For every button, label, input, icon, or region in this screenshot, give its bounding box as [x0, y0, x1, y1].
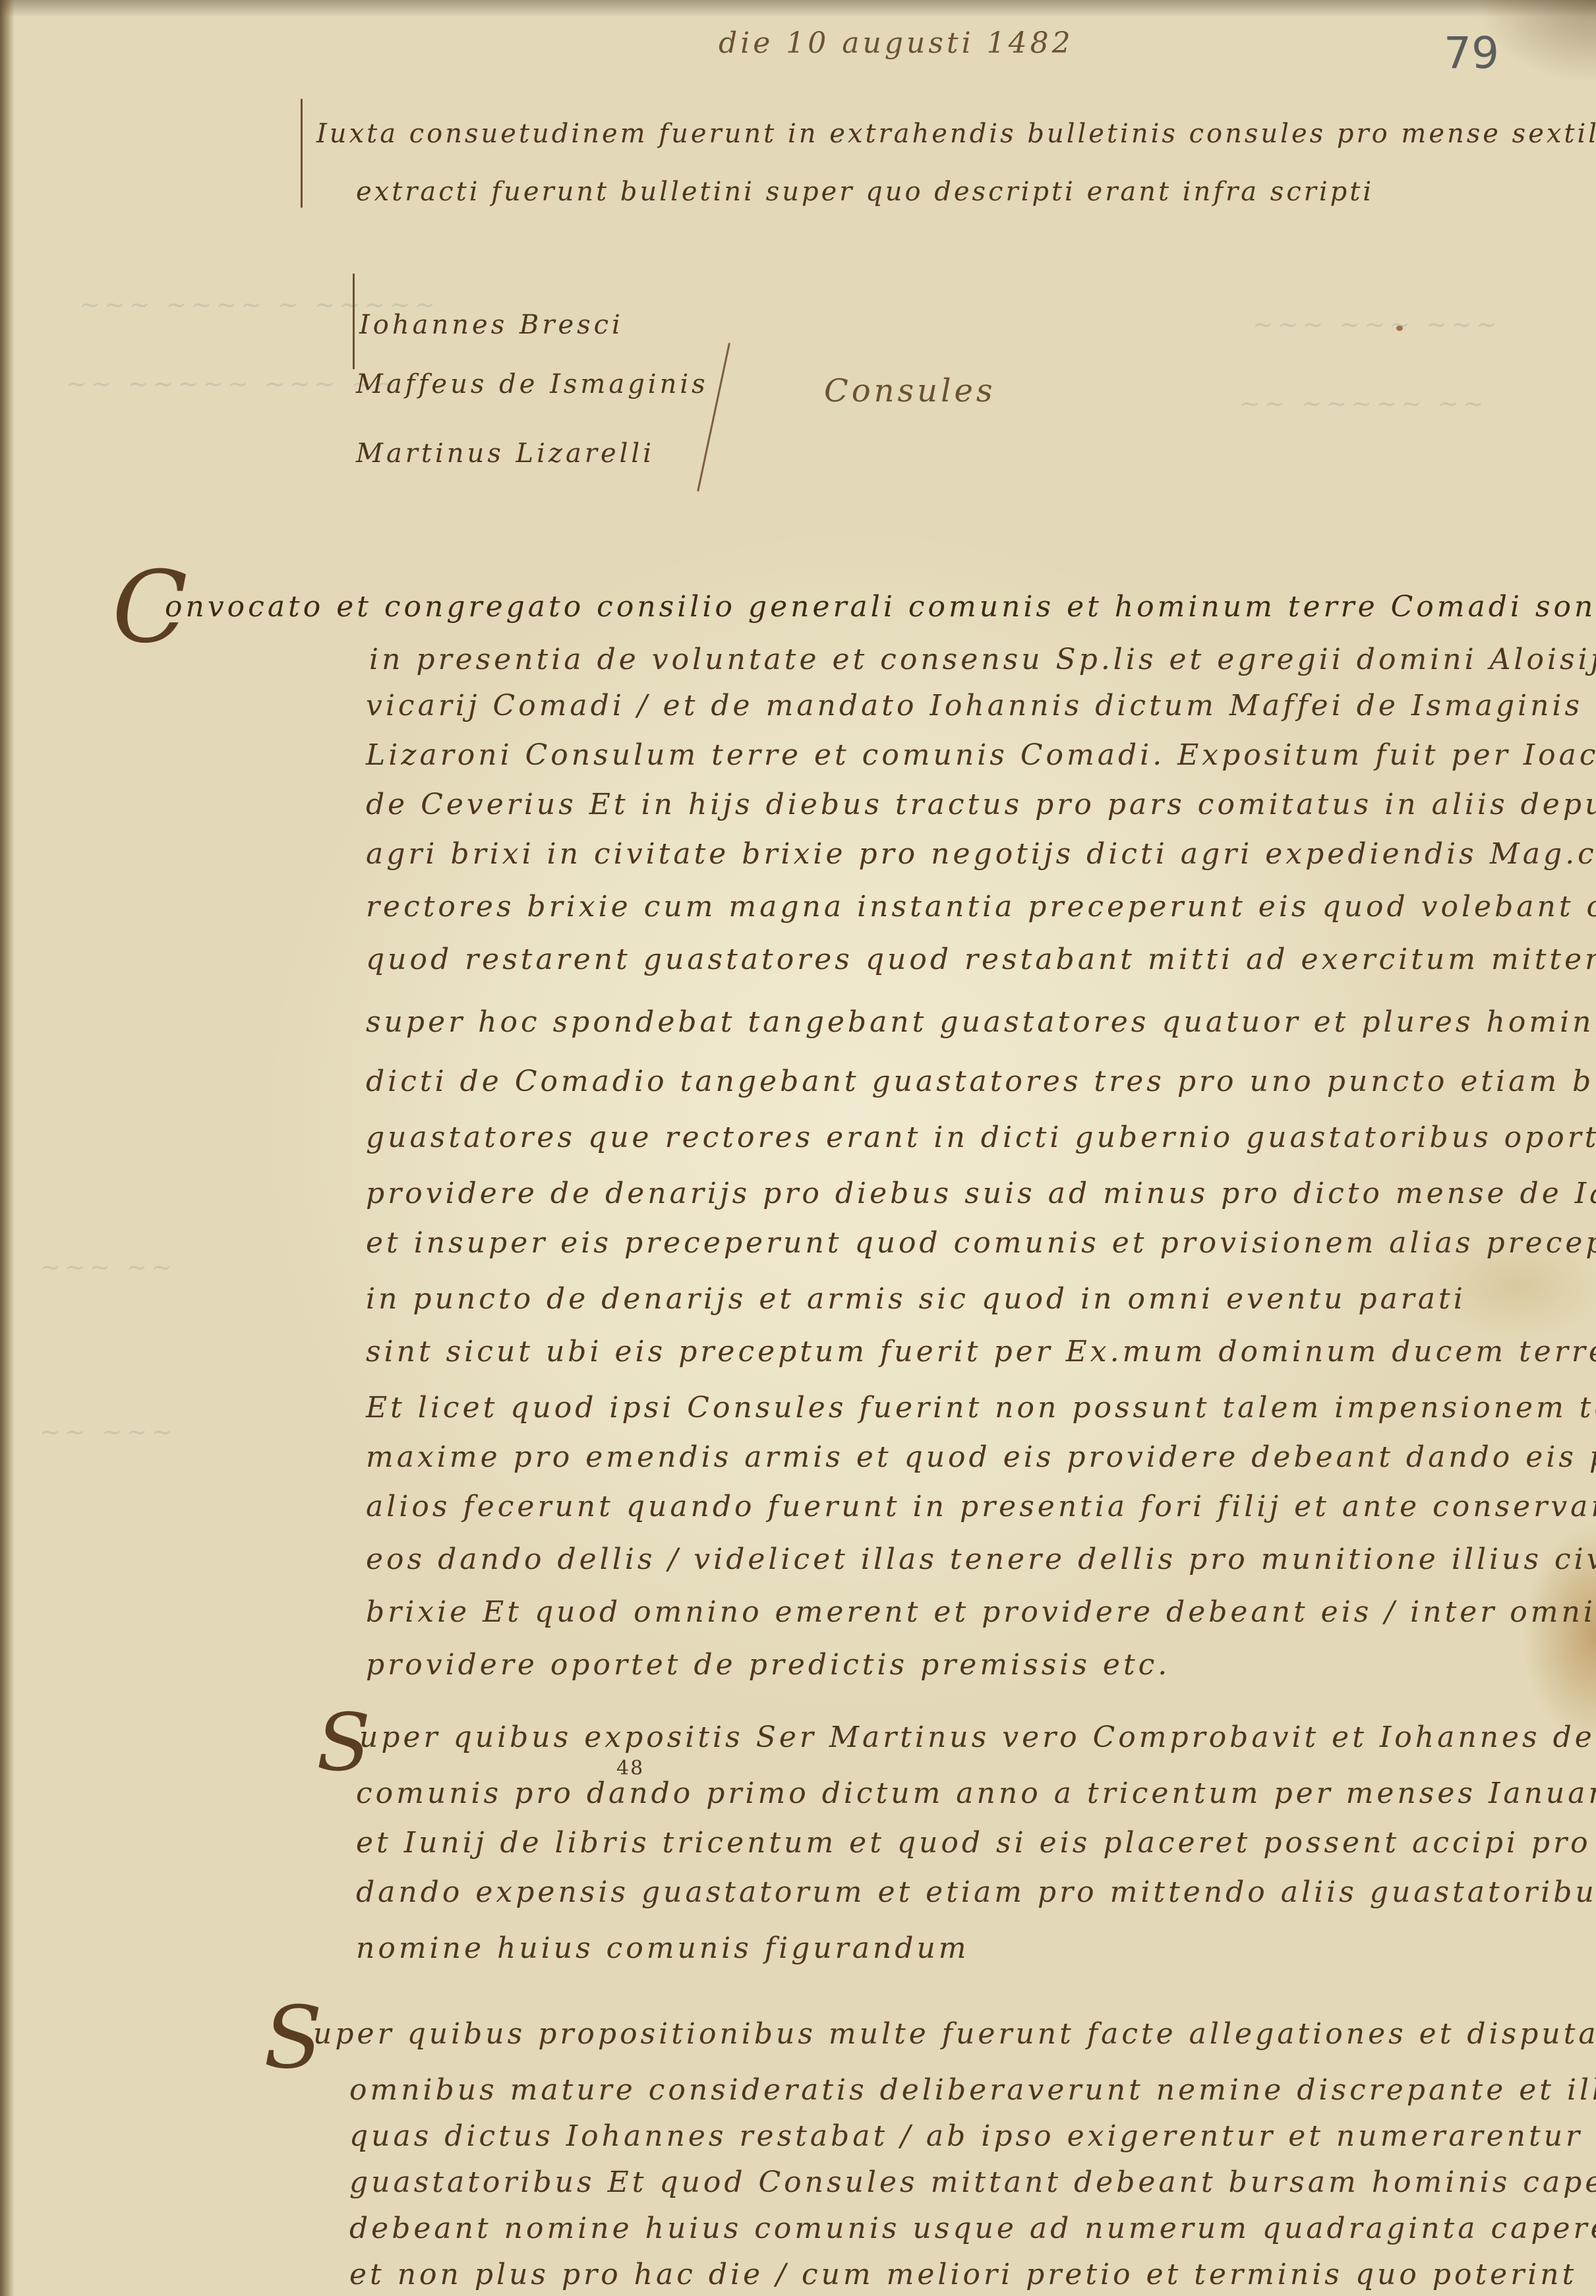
bleed-through: ~~ ~~~~~ ~~~ ~~ [66, 369, 401, 398]
intro-line: extracti fuerunt bulletini super quo des… [356, 177, 1374, 207]
text-line: comunis pro dando primo dictum anno a tr… [356, 1777, 1596, 1810]
text-line: rectores brixie cum magna instantia prec… [366, 890, 1596, 924]
consuls-bracket-right [697, 343, 730, 492]
text-line: et insuper eis preceperunt quod comunis … [366, 1226, 1596, 1260]
text-line: agri brixi in civitate brixie pro negoti… [366, 837, 1596, 871]
text-line: eos dando dellis / videlicet illas tener… [366, 1543, 1596, 1576]
text-line: Et licet quod ipsi Consules fuerint non … [366, 1391, 1596, 1425]
folio-number: 79 [1444, 28, 1499, 78]
intro-bracket [301, 99, 303, 208]
bleed-through: ~~~ ~~ [40, 1252, 176, 1281]
text-line: vicarij Comadi / et de mandato Iohannis … [366, 689, 1596, 722]
text-line: debeant nomine huius comunis usque ad nu… [349, 2212, 1596, 2245]
consul-name: Maffeus de Ismaginis [356, 369, 709, 399]
text-line: uper quibus expositis Ser Martinus vero … [359, 1721, 1596, 1754]
consul-name: Martinus Lizarelli [356, 438, 655, 469]
text-line: sint sicut ubi eis preceptum fuerit per … [366, 1335, 1596, 1369]
text-line: quas dictus Iohannes restabat / ab ipso … [349, 2119, 1596, 2153]
text-line: providere oportet de predictis premissis… [366, 1648, 1170, 1682]
consules-label: Consules [824, 372, 995, 409]
page-top-shadow [0, 0, 1596, 17]
intro-line: Iuxta consuetudinem fuerunt in extrahend… [316, 119, 1596, 149]
consul-name: Iohannes Bresci [359, 310, 624, 340]
bleed-through: ~~ ~~~ [40, 1417, 176, 1446]
manuscript-page: ~~~ ~~~~ ~ ~~~~~ ~~ ~~~~~ ~~~ ~~ ~~~ ~~~… [0, 0, 1596, 2296]
text-line: quod restarent guastatores quod restaban… [366, 943, 1596, 976]
text-line: in presentia de voluntate et consensu Sp… [369, 643, 1596, 676]
text-line: super hoc spondebat tangebant guastatore… [366, 1005, 1596, 1039]
text-line: Lizaroni Consulum terre et comunis Comad… [366, 738, 1596, 772]
text-line: dicti de Comadio tangebant guastatores t… [366, 1065, 1596, 1098]
text-line: guastatores que rectores erant in dicti … [366, 1121, 1596, 1154]
bleed-through: ~~~ ~~~ ~~~ [1253, 310, 1501, 339]
header-date: die 10 augusti 1482 [719, 26, 1074, 60]
text-line: brixie Et quod omnino emerent et provide… [366, 1595, 1596, 1629]
ink-spot [1396, 326, 1403, 331]
text-line: guastatoribus Et quod Consules mittant d… [349, 2165, 1596, 2199]
text-line: alios fecerunt quando fuerunt in present… [366, 1490, 1596, 1523]
text-line: omnibus mature consideratis deliberaveru… [349, 2073, 1596, 2107]
text-line: maxime pro emendis armis et quod eis pro… [366, 1440, 1596, 1474]
bleed-through: ~~ ~~~~~ ~~ [1239, 389, 1488, 418]
binding-edge [0, 0, 15, 2296]
consuls-bracket-left [353, 274, 355, 369]
text-line: et Iunij de libris tricentum et quod si … [356, 1826, 1591, 1860]
text-line: uper quibus propositionibus multe fuerun… [313, 2017, 1596, 2051]
text-line: de Ceverius Et in hijs diebus tractus pr… [366, 788, 1596, 821]
text-line: nomine huius comunis figurandum [356, 1931, 970, 1965]
text-line: providere de denarijs pro diebus suis ad… [366, 1177, 1596, 1210]
text-line: dando expensis guastatorum et etiam pro … [356, 1875, 1596, 1909]
text-line: in puncto de denarijs et armis sic quod … [366, 1282, 1466, 1316]
text-line: et non plus pro hac die / cum meliori pr… [349, 2258, 1577, 2291]
text-line: onvocato et congregato consilio generali… [165, 590, 1596, 624]
